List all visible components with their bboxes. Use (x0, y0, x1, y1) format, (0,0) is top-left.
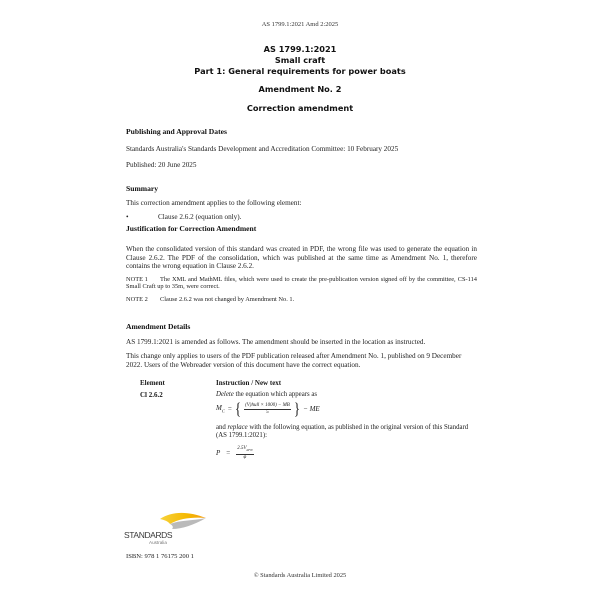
copyright: © Standards Australia Limited 2025 (0, 572, 600, 579)
correct-eq-fraction: 2.5VkFN φ (236, 446, 253, 460)
replace-instruction: and replace with the following equation,… (216, 424, 476, 440)
amendment-details-heading: Amendment Details (126, 323, 477, 332)
wrong-equation: MC = { (V)hull × 1000) − MB 5 } − ME (216, 403, 320, 415)
note-2: NOTE 2Clause 2.6.2 was not changed by Am… (126, 296, 477, 303)
bullet-icon: • (126, 213, 158, 222)
correct-equation: P = 2.5VkFN φ (216, 446, 254, 460)
part-title: Part 1: General requirements for power b… (0, 66, 600, 77)
standard-number: AS 1799.1:2021 (0, 44, 600, 55)
amendment-details-p2: This change only applies to users of the… (126, 352, 477, 369)
title-block: AS 1799.1:2021 Small craft Part 1: Gener… (0, 44, 600, 114)
delete-instruction: Delete the equation which appears as (216, 391, 317, 398)
justification-heading: Justification for Correction Amendment (126, 225, 477, 234)
delete-rest: the equation which appears as (234, 391, 317, 398)
amendment-number: Amendment No. 2 (0, 84, 600, 95)
bullet-text: Clause 2.6.2 (equation only). (158, 213, 241, 222)
note-2-label: NOTE 2 (126, 296, 160, 303)
isbn: ISBN: 978 1 76175 200 1 (126, 553, 194, 560)
note-1: NOTE 1The XML and MathML files, which we… (126, 276, 477, 291)
logo-wordmark: STANDARDS (124, 530, 172, 540)
summary-bullet: • Clause 2.6.2 (equation only). (126, 213, 477, 222)
publishing-section: Publishing and Approval Dates Standards … (126, 128, 477, 170)
publishing-heading: Publishing and Approval Dates (126, 128, 477, 137)
wrong-eq-tail: − ME (303, 405, 320, 413)
summary-section: Summary This correction amendment applie… (126, 185, 477, 233)
amendment-details-section: Amendment Details AS 1799.1:2021 is amen… (126, 323, 477, 369)
element-cell: Cl 2.6.2 (140, 391, 163, 399)
running-header: AS 1799.1:2021 Amd 2:2025 (0, 21, 600, 28)
logo-subtext: Australia (149, 540, 167, 545)
document-page: AS 1799.1:2021 Amd 2:2025 AS 1799.1:2021… (0, 0, 600, 600)
published-date: Published: 20 June 2025 (126, 161, 477, 170)
approval-date: Standards Australia's Standards Developm… (126, 145, 477, 154)
replace-verb: replace (228, 424, 248, 431)
amendment-type: Correction amendment (0, 103, 600, 114)
note-2-text: Clause 2.6.2 was not changed by Amendmen… (160, 296, 294, 303)
column-header-element: Element (140, 379, 165, 387)
justification-section: When the consolidated version of this st… (126, 245, 477, 303)
document-title: Small craft (0, 55, 600, 66)
standards-australia-logo: STANDARDS Australia (124, 509, 214, 549)
amendment-details-p1: AS 1799.1:2021 is amended as follows. Th… (126, 338, 477, 347)
justification-body: When the consolidated version of this st… (126, 245, 477, 271)
column-header-instruction: Instruction / New text (216, 379, 281, 387)
delete-verb: Delete (216, 391, 234, 398)
wrong-eq-lhs: MC (216, 404, 225, 413)
summary-heading: Summary (126, 185, 477, 194)
summary-intro: This correction amendment applies to the… (126, 199, 477, 208)
note-1-label: NOTE 1 (126, 276, 160, 283)
wrong-eq-fraction: (V)hull × 1000) − MB 5 (244, 403, 291, 415)
note-1-text: The XML and MathML files, which were use… (126, 276, 477, 290)
